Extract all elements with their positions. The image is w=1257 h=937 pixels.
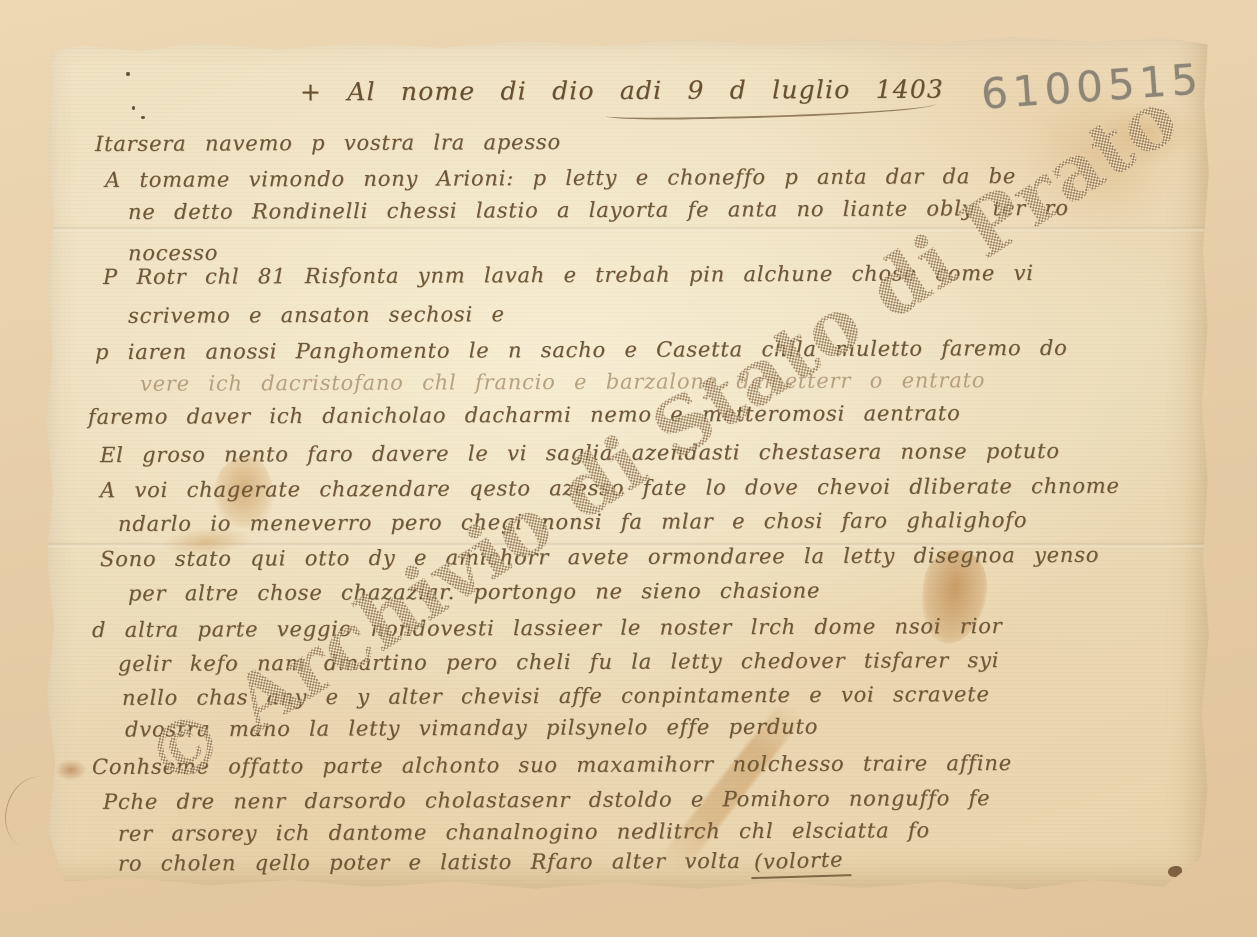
manuscript-line-last: ro cholen qello poter e latisto Rfaro al… (118, 848, 851, 880)
manuscript-line: Sono stato qui otto dy e amichorr avete … (100, 543, 1099, 571)
manuscript-line: Itarsera navemo p vostra lra apesso (95, 130, 561, 156)
manuscript-line: Pche dre nenr darsordo cholastasenr dsto… (103, 786, 990, 814)
ink-fleck (1168, 866, 1182, 877)
manuscript-paper: 6100515 + Al nome di dio adi 9 d luglio … (46, 36, 1210, 892)
manuscript-line: A tomame vimondo nony Arioni: p letty e … (105, 164, 1016, 192)
manuscript-line-text: ro cholen qello poter e latisto Rfaro al… (118, 849, 741, 876)
ink-speck (141, 116, 145, 119)
manuscript-line: rer arsorey ich dantome chanalnogino ned… (118, 818, 930, 846)
manuscript-line: p iaren anossi Panghomento le n sacho e … (95, 336, 1068, 364)
manuscript-line: d altra parte veggio nondovesti lassieer… (92, 614, 1003, 642)
manuscript-line: nocesso (128, 241, 218, 265)
manuscript-line-faded: vere ich dacristofano chl francio e barz… (140, 368, 985, 396)
ink-speck (126, 72, 130, 76)
manuscript-line: faremo daver ich danicholao dacharmi nem… (88, 401, 961, 429)
ink-speck (132, 106, 135, 110)
manuscript-line: scrivemo e ansaton sechosi e (128, 302, 505, 328)
stain (56, 760, 86, 780)
scanned-document: 6100515 + Al nome di dio adi 9 d luglio … (0, 0, 1257, 937)
underlined-word: (volorte (750, 847, 851, 879)
